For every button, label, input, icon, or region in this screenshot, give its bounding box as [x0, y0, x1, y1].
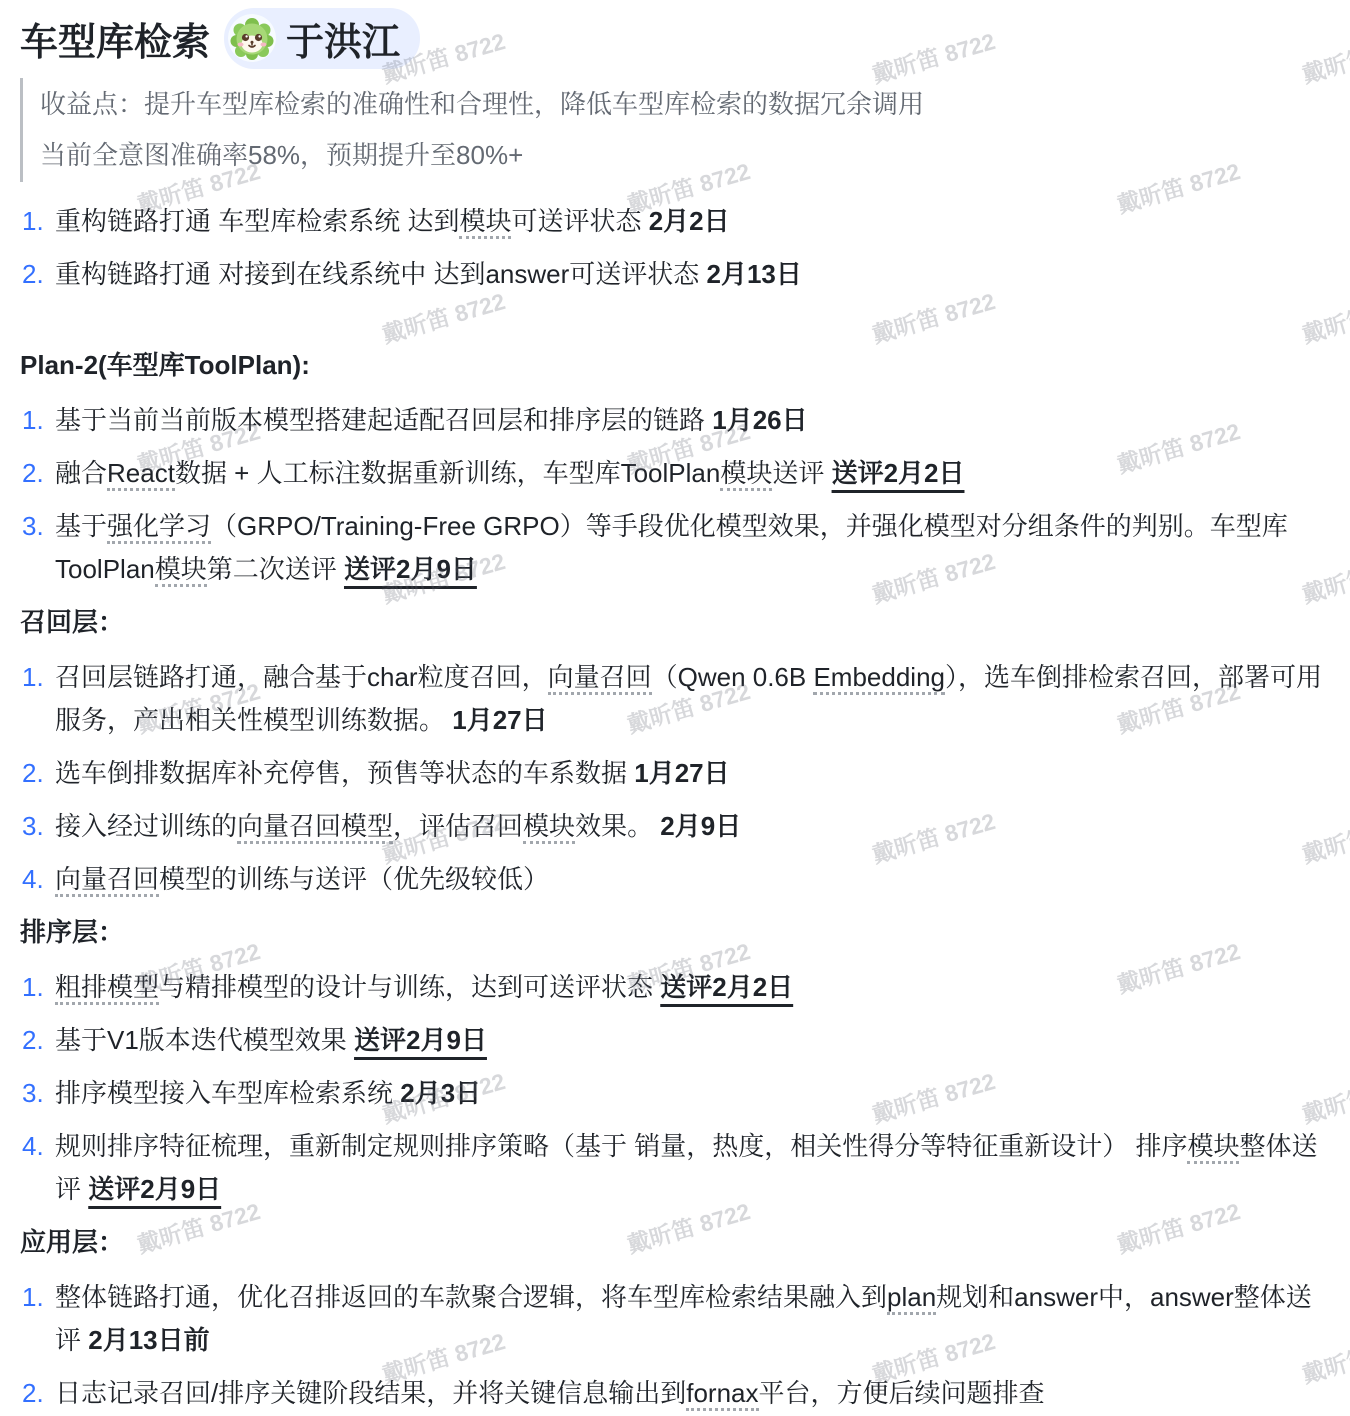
deadline-text: 2月3日	[400, 1078, 481, 1108]
list-item-text: 粗排模型与精排模型的设计与训练，达到可送评状态 送评2月2日	[55, 966, 813, 1009]
document-page: 车型库检索	[0, 0, 1350, 1416]
list-item: 3.接入经过训练的向量召回模型，评估召回模块效果。 2月9日	[0, 805, 1350, 848]
section: 召回层：1.召回层链路打通，融合基于char粒度召回，向量召回（Qwen 0.6…	[0, 601, 1350, 901]
list-number: 1.	[22, 656, 55, 742]
text-run: 整体链路打通，优化召排返回的车款聚合逻辑，将车型库检索结果融入到	[55, 1282, 887, 1312]
list-number: 3.	[22, 505, 55, 591]
deadline-text: 送评2月2日	[660, 972, 793, 1002]
list-item: 2.融合React数据 + 人工标注数据重新训练，车型库ToolPlan模块送评…	[0, 452, 1350, 495]
list-item: 4.向量召回模型的训练与送评（优先级较低）	[0, 858, 1350, 901]
section: 1.重构链路打通 车型库检索系统 达到模块可送评状态 2月2日2.重构链路打通 …	[0, 200, 1350, 296]
text-run: ，评估召回	[393, 811, 523, 841]
cabbage-pet-avatar-icon	[228, 14, 276, 62]
mention-name: 于洪江	[286, 11, 400, 66]
spellcheck-flagged-text: React	[107, 458, 175, 491]
section-heading: 应用层：	[20, 1221, 1350, 1264]
deadline-text: 送评2月2日	[832, 458, 965, 488]
text-run: 日志记录召回/排序关键阶段结果，并将关键信息输出到	[55, 1378, 686, 1408]
list-item: 2.日志记录召回/排序关键阶段结果，并将关键信息输出到fornax平台，方便后续…	[0, 1372, 1350, 1415]
list-number: 4.	[22, 858, 55, 901]
text-run: 与精排模型的设计与训练，达到可送评状态	[159, 972, 660, 1002]
text-run: 重构链路打通 车型库检索系统 达到	[55, 206, 459, 236]
text-run: 融合	[55, 458, 107, 488]
spellcheck-flagged-text: 向量召回	[548, 662, 652, 695]
list-number: 2.	[22, 253, 55, 296]
deadline-text: 2月9日	[660, 811, 741, 841]
list-item-text: 基于当前当前版本模型搭建起适配召回层和排序层的链路 1月26日	[55, 399, 828, 442]
deadline-text: 送评2月9日	[354, 1025, 487, 1055]
text-run: 第二次送评	[207, 554, 344, 584]
section-heading: Plan-2(车型库ToolPlan):	[20, 344, 1350, 387]
text-run: 基于当前当前版本模型搭建起适配召回层和排序层的链路	[55, 405, 712, 435]
spellcheck-flagged-text: 粗排模型	[55, 972, 159, 1005]
callout-quote-block: 收益点：提升车型库检索的准确性和合理性，降低车型库检索的数据冗余调用 当前全意图…	[20, 78, 1350, 182]
list-item: 2.选车倒排数据库补充停售，预售等状态的车系数据 1月27日	[0, 752, 1350, 795]
list-item-text: 接入经过训练的向量召回模型，评估召回模块效果。 2月9日	[55, 805, 761, 848]
list-item: 2.重构链路打通 对接到在线系统中 达到answer可送评状态 2月13日	[0, 253, 1350, 296]
list-item-text: 重构链路打通 车型库检索系统 达到模块可送评状态 2月2日	[55, 200, 750, 243]
list-item: 1.召回层链路打通，融合基于char粒度召回，向量召回（Qwen 0.6B Em…	[0, 656, 1350, 742]
section: Plan-2(车型库ToolPlan):1.基于当前当前版本模型搭建起适配召回层…	[0, 344, 1350, 591]
spellcheck-flagged-text: plan	[887, 1282, 936, 1315]
text-run: 重构链路打通 对接到在线系统中 达到answer可送评状态	[55, 259, 707, 289]
spellcheck-flagged-text: 模块	[720, 458, 772, 491]
spellcheck-flagged-text: 向量召回	[55, 864, 159, 897]
list-number: 1.	[22, 966, 55, 1009]
list-item-text: 基于V1版本迭代模型效果 送评2月9日	[55, 1019, 507, 1062]
list-item: 2.基于V1版本迭代模型效果 送评2月9日	[0, 1019, 1350, 1062]
deadline-text: 送评2月9日	[344, 554, 477, 584]
deadline-text: 送评2月9日	[88, 1174, 221, 1204]
deadline-text: 1月26日	[712, 405, 807, 435]
list-number: 1.	[22, 200, 55, 243]
quote-line: 收益点：提升车型库检索的准确性和合理性，降低车型库检索的数据冗余调用	[40, 83, 1310, 126]
list-item-text: 融合React数据 + 人工标注数据重新训练，车型库ToolPlan模块送评 送…	[55, 452, 984, 495]
list-item-text: 召回层链路打通，融合基于char粒度召回，向量召回（Qwen 0.6B Embe…	[55, 656, 1350, 742]
text-run: 选车倒排数据库补充停售，预售等状态的车系数据	[55, 758, 634, 788]
text-run: 接入经过训练的	[55, 811, 237, 841]
text-run: 数据 + 人工标注数据重新训练，车型库ToolPlan	[175, 458, 720, 488]
text-run: 规则排序特征梳理，重新制定规则排序策略（基于 销量，热度，相关性得分等特征重新设…	[55, 1131, 1187, 1161]
section-heading: 召回层：	[20, 601, 1350, 644]
list-number: 4.	[22, 1125, 55, 1211]
list-item: 3.排序模型接入车型库检索系统 2月3日	[0, 1072, 1350, 1115]
text-run: 基于V1版本迭代模型效果	[55, 1025, 354, 1055]
list-number: 3.	[22, 1072, 55, 1115]
list-number: 2.	[22, 1019, 55, 1062]
list-item-text: 排序模型接入车型库检索系统 2月3日	[55, 1072, 501, 1115]
list-item: 3.基于强化学习（GRPO/Training-Free GRPO）等手段优化模型…	[0, 505, 1350, 591]
list-number: 2.	[22, 752, 55, 795]
text-run: 召回层链路打通，融合基于char粒度召回，	[55, 662, 548, 692]
spellcheck-flagged-text: 模块	[523, 811, 575, 844]
spellcheck-flagged-text: 强化学习	[107, 511, 211, 544]
spellcheck-flagged-text: fornax	[686, 1378, 758, 1411]
list-item-text: 整体链路打通，优化召排返回的车款聚合逻辑，将车型库检索结果融入到plan规划和a…	[55, 1276, 1350, 1362]
document-body: 1.重构链路打通 车型库检索系统 达到模块可送评状态 2月2日2.重构链路打通 …	[0, 200, 1350, 1415]
list-item-text: 规则排序特征梳理，重新制定规则排序策略（基于 销量，热度，相关性得分等特征重新设…	[55, 1125, 1350, 1211]
list-item-text: 重构链路打通 对接到在线系统中 达到answer可送评状态 2月13日	[55, 253, 822, 296]
quote-line: 当前全意图准确率58%，预期提升至80%+	[40, 134, 1310, 177]
list-item: 1.重构链路打通 车型库检索系统 达到模块可送评状态 2月2日	[0, 200, 1350, 243]
section: 应用层：1.整体链路打通，优化召排返回的车款聚合逻辑，将车型库检索结果融入到pl…	[0, 1221, 1350, 1415]
spellcheck-flagged-text: 向量召回模型	[237, 811, 393, 844]
text-run: 排序模型接入车型库检索系统	[55, 1078, 400, 1108]
section: 排序层：1.粗排模型与精排模型的设计与训练，达到可送评状态 送评2月2日2.基于…	[0, 911, 1350, 1211]
list-item: 4.规则排序特征梳理，重新制定规则排序策略（基于 销量，热度，相关性得分等特征重…	[0, 1125, 1350, 1211]
list-number: 2.	[22, 452, 55, 495]
list-number: 1.	[22, 399, 55, 442]
section-heading: 排序层：	[20, 911, 1350, 954]
spellcheck-flagged-text: 模块	[459, 206, 511, 239]
deadline-text: 1月27日	[634, 758, 729, 788]
spellcheck-flagged-text: 模块	[1187, 1131, 1239, 1164]
list-number: 1.	[22, 1276, 55, 1362]
deadline-text: 1月27日	[452, 705, 547, 735]
page-title: 车型库检索	[20, 11, 210, 66]
text-run: 送评	[772, 458, 831, 488]
list-item-text: 基于强化学习（GRPO/Training-Free GRPO）等手段优化模型效果…	[55, 505, 1350, 591]
mention-chip[interactable]: 于洪江	[224, 8, 420, 69]
deadline-text: 2月13日前	[88, 1325, 209, 1355]
list-item-text: 选车倒排数据库补充停售，预售等状态的车系数据 1月27日	[55, 752, 750, 795]
list-item-text: 日志记录召回/排序关键阶段结果，并将关键信息输出到fornax平台，方便后续问题…	[55, 1372, 1065, 1415]
list-item: 1.粗排模型与精排模型的设计与训练，达到可送评状态 送评2月2日	[0, 966, 1350, 1009]
deadline-text: 2月2日	[649, 206, 730, 236]
text-run: 效果。	[575, 811, 660, 841]
spellcheck-flagged-text: 模块	[155, 554, 207, 587]
list-item-text: 向量召回模型的训练与送评（优先级较低）	[55, 858, 569, 901]
spellcheck-flagged-text: Embedding	[813, 662, 945, 695]
page-title-row: 车型库检索	[20, 10, 1350, 66]
list-number: 2.	[22, 1372, 55, 1415]
text-run: （Qwen 0.6B	[652, 662, 814, 692]
text-run: 模型的训练与送评（优先级较低）	[159, 864, 549, 894]
list-number: 3.	[22, 805, 55, 848]
list-item: 1.基于当前当前版本模型搭建起适配召回层和排序层的链路 1月26日	[0, 399, 1350, 442]
text-run: 可送评状态	[511, 206, 648, 236]
list-item: 1.整体链路打通，优化召排返回的车款聚合逻辑，将车型库检索结果融入到plan规划…	[0, 1276, 1350, 1362]
text-run: 平台，方便后续问题排查	[759, 1378, 1045, 1408]
text-run: 基于	[55, 511, 107, 541]
deadline-text: 2月13日	[707, 259, 802, 289]
